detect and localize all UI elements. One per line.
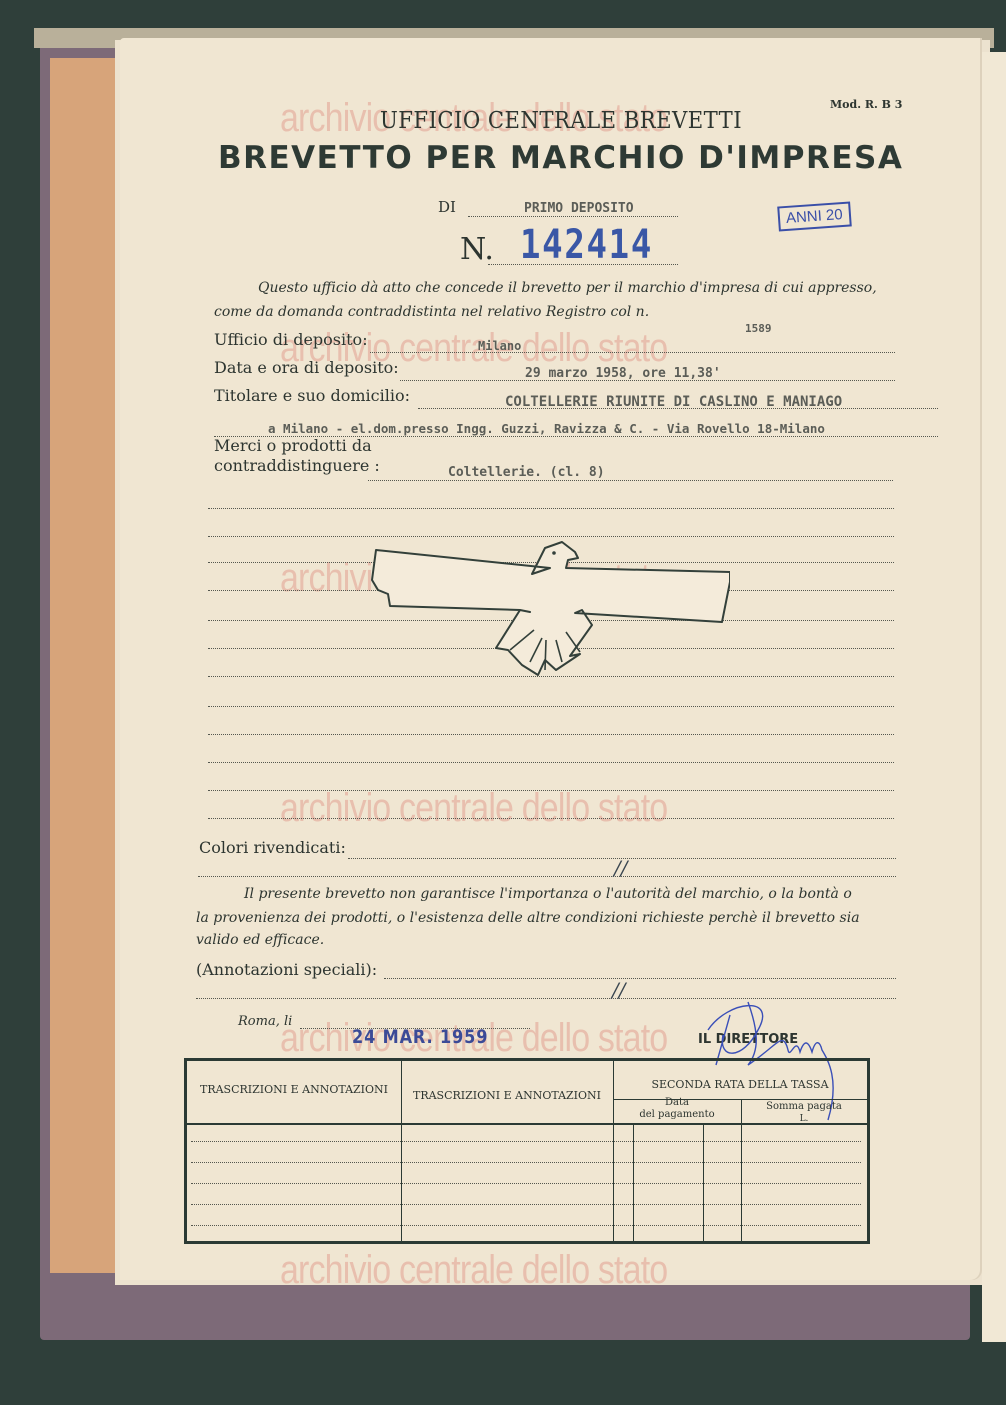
dotted-line <box>384 978 896 979</box>
number-label: N. <box>460 232 494 267</box>
duration-stamp: ANNI 20 <box>777 201 851 231</box>
issue-date-stamp: 24 MAR. 1959 <box>352 1026 488 1048</box>
merci-label-2: contraddistinguere : <box>214 456 380 475</box>
place-label: Roma, li <box>238 1014 292 1029</box>
column-header: TRASCRIZIONI E ANNOTAZIONI <box>401 1089 613 1102</box>
intro-line-1: Questo ufficio dà atto che concede il br… <box>258 280 877 296</box>
ufficio-value: Milano <box>478 339 521 353</box>
deposit-type: PRIMO DEPOSITO <box>524 201 634 216</box>
dotted-line <box>208 508 894 509</box>
annotazioni-value: // <box>612 978 625 1002</box>
group-header: SECONDA RATA DELLA TASSA <box>613 1078 867 1091</box>
disclaimer-line-1: Il presente brevetto non garantisce l'im… <box>244 886 852 902</box>
table-row <box>191 1141 861 1142</box>
register-number: 1589 <box>745 322 772 335</box>
table-row <box>191 1204 861 1205</box>
dotted-line <box>208 706 894 707</box>
dotted-line <box>368 480 893 481</box>
ufficio-label: Ufficio di deposito: <box>214 330 368 349</box>
dotted-line <box>198 876 896 877</box>
dotted-line <box>208 762 894 763</box>
dotted-line <box>208 790 894 791</box>
eagle-trademark-icon <box>370 530 730 690</box>
titolare-label: Titolare e suo domicilio: <box>214 386 410 405</box>
watermark: archivio centrale dello stato <box>280 1248 667 1293</box>
patent-number: 142414 <box>520 222 653 268</box>
di-label: DI <box>438 198 456 216</box>
intro-line-2: come da domanda contraddistinta nel rela… <box>214 304 649 320</box>
annotazioni-label: (Annotazioni speciali): <box>196 960 377 979</box>
dotted-line <box>370 352 895 353</box>
column-header: TRASCRIZIONI E ANNOTAZIONI <box>187 1083 401 1096</box>
next-page-edge <box>982 52 1006 1342</box>
column-header: del pagamento <box>613 1109 741 1120</box>
disclaimer-line-3: valido ed efficace. <box>196 932 324 948</box>
column-header: L. <box>741 1114 867 1124</box>
watermark: archivio centrale dello stato <box>280 786 667 831</box>
dotted-line <box>468 216 678 217</box>
titolare-value-1: COLTELLERIE RIUNITE DI CASLINO E MANIAGO <box>505 394 842 410</box>
table-row <box>191 1162 861 1163</box>
merci-value: Coltellerie. (cl. 8) <box>448 465 605 480</box>
table-row <box>191 1183 861 1184</box>
column-header: Data <box>613 1097 741 1108</box>
transcriptions-table: TRASCRIZIONI E ANNOTAZIONI TRASCRIZIONI … <box>184 1058 870 1244</box>
document-title: BREVETTO PER MARCHIO D'IMPRESA <box>218 140 903 176</box>
dotted-line <box>208 818 894 819</box>
model-code: Mod. R. B 3 <box>830 98 902 111</box>
merci-label-1: Merci o prodotti da <box>214 436 372 455</box>
dotted-line <box>208 734 894 735</box>
titolare-value-2: a Milano - el.dom.presso Ingg. Guzzi, Ra… <box>268 421 825 436</box>
colori-value: // <box>614 856 627 880</box>
colori-label: Colori rivendicati: <box>199 838 346 857</box>
data-label: Data e ora di deposito: <box>214 358 399 377</box>
table-divider <box>401 1061 402 1241</box>
disclaimer-line-2: la provenienza dei prodotti, o l'esisten… <box>196 910 860 926</box>
column-header: Somma pagata <box>741 1101 867 1112</box>
data-value: 29 marzo 1958, ore 11,38' <box>525 366 721 381</box>
office-name: UFFICIO CENTRALE BREVETTI <box>380 108 742 134</box>
table-row <box>191 1225 861 1226</box>
